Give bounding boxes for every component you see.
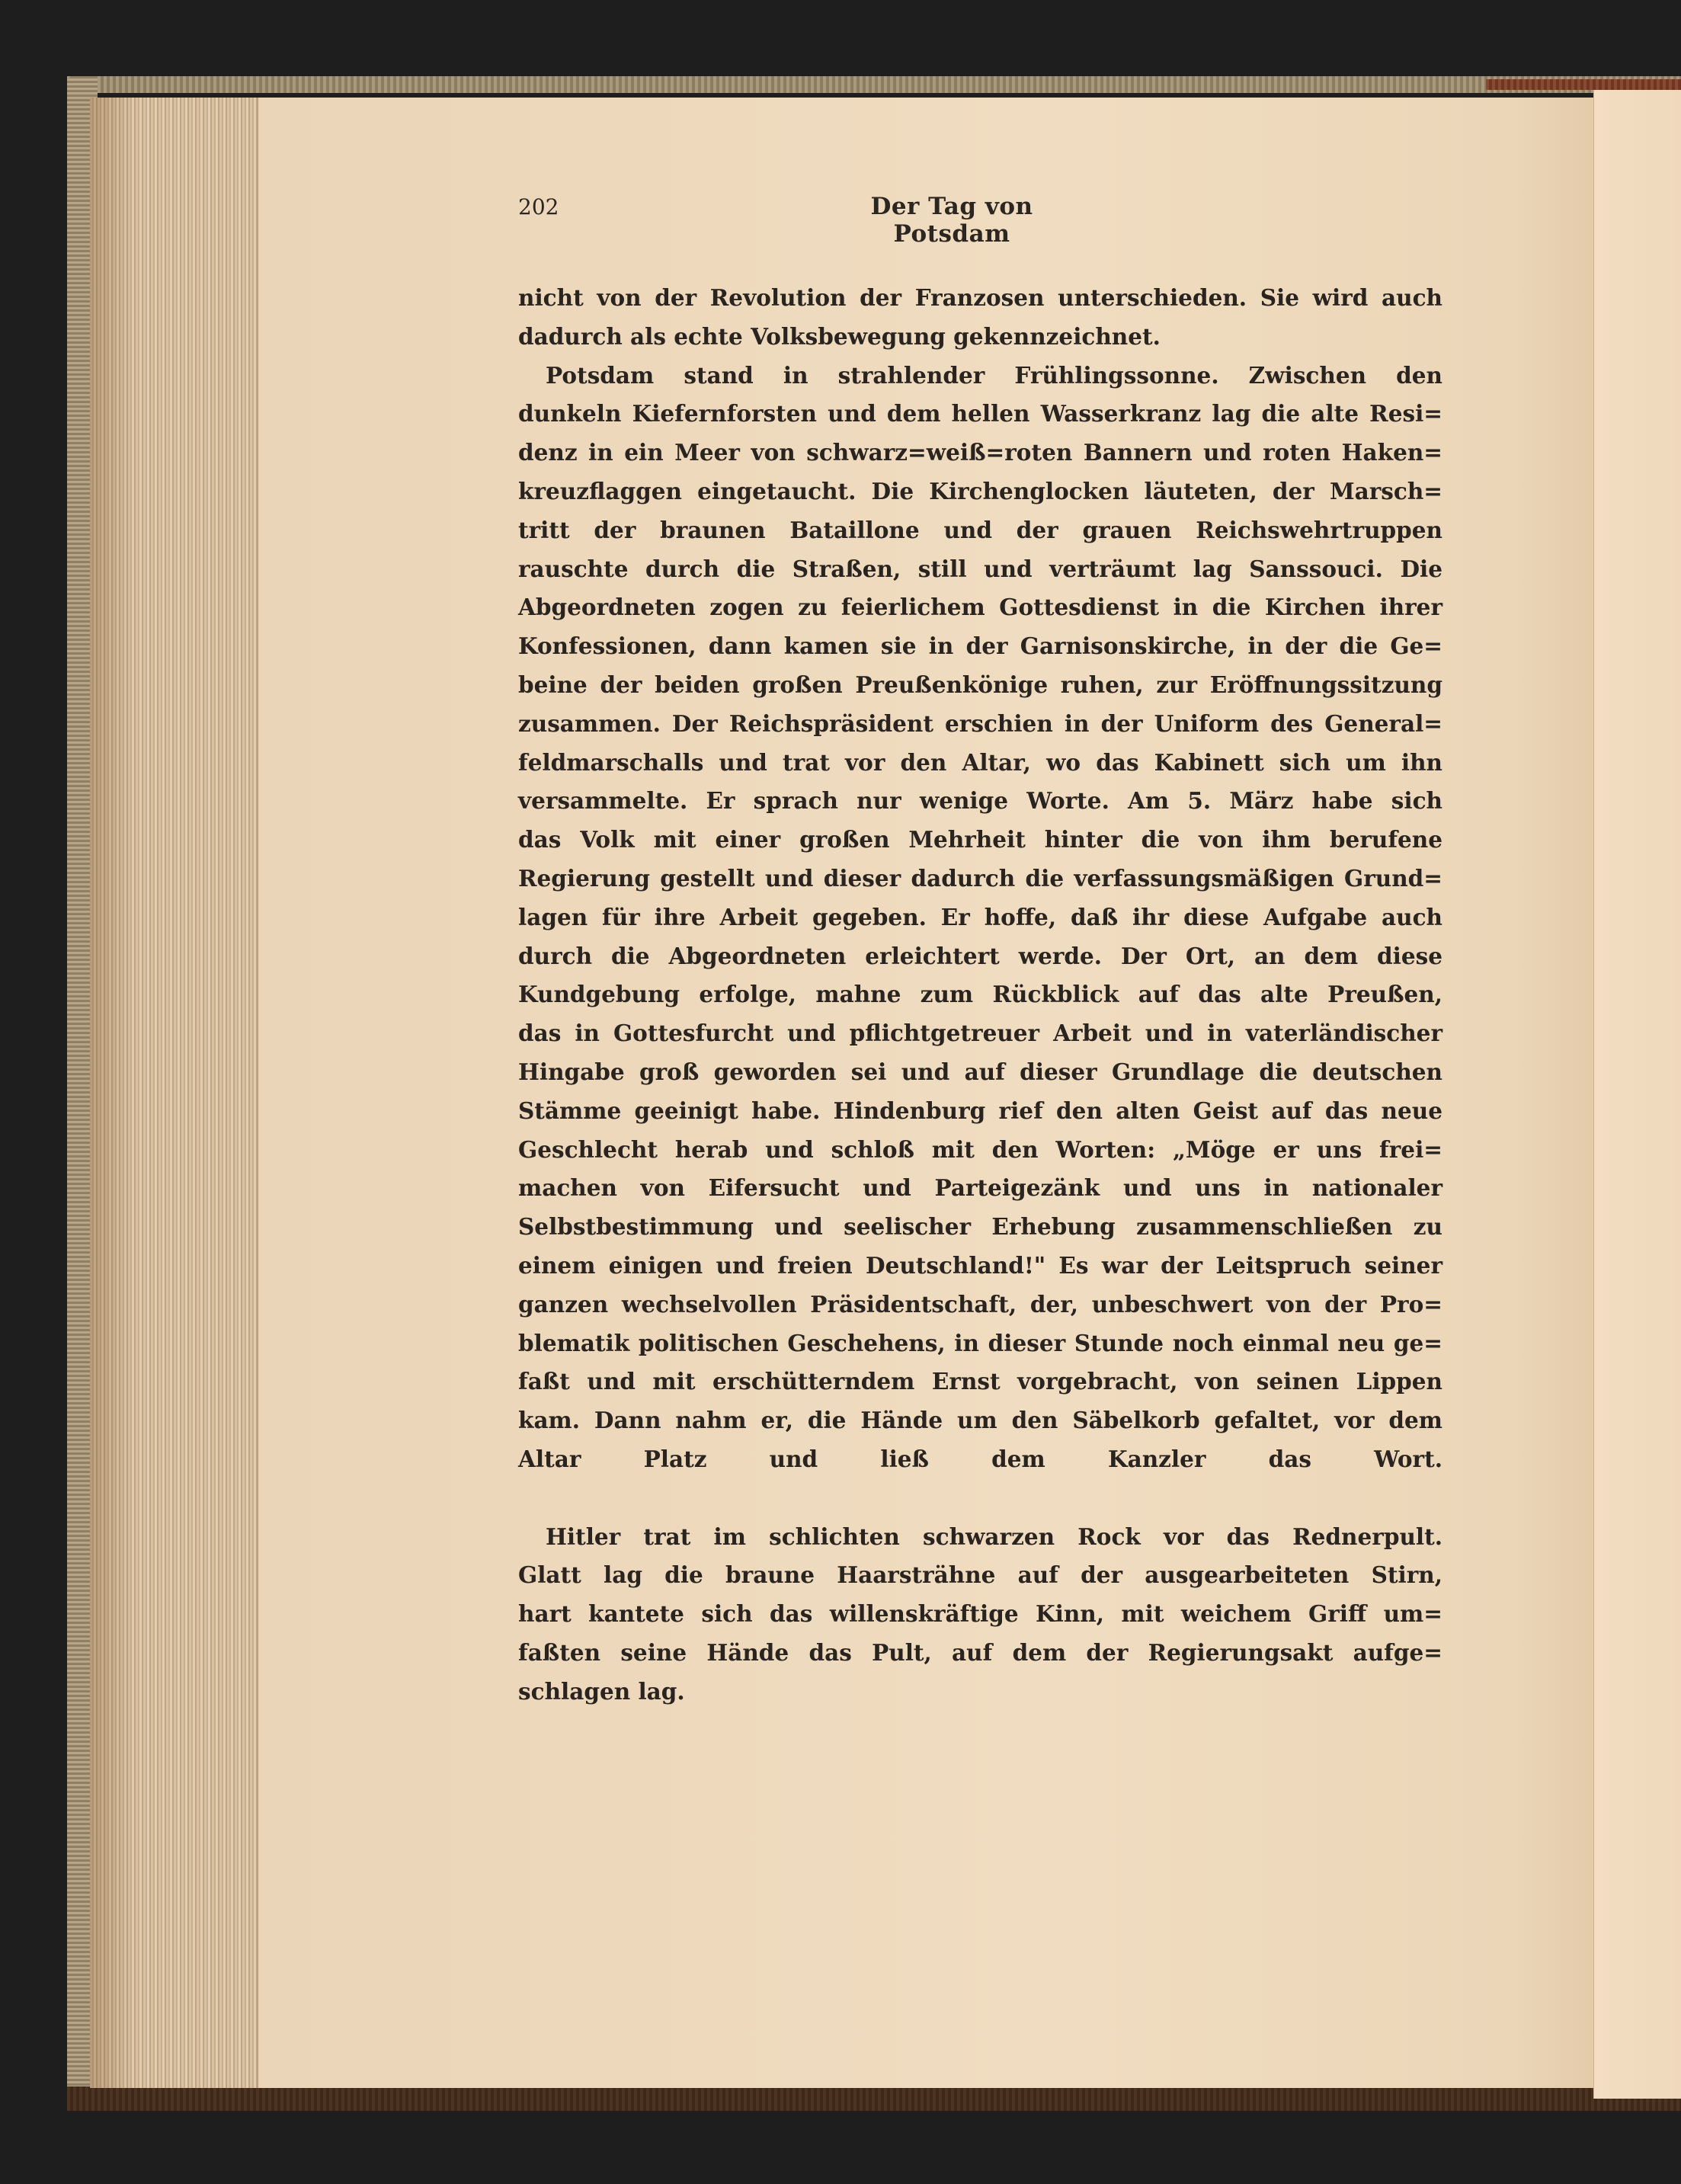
text-line: kam. Dann nahm er, die Hände um den Säbe… [518,1401,1442,1440]
text-line: ganzen wechselvollen Präsidentschaft, de… [518,1286,1442,1324]
text-line: einem einigen und freien Deutschland!" E… [518,1247,1442,1286]
page-stack-edges [90,98,259,2088]
page-number: 202 [518,194,559,219]
text-line: Hingabe groß geworden sei und auf dieser… [518,1053,1442,1092]
text-line: hart kantete sich das willenskräftige Ki… [518,1595,1442,1634]
text-line: lagen für ihre Arbeit gegeben. Er hoffe,… [518,898,1442,937]
text-line: faßten seine Hände das Pult, auf dem der… [518,1634,1442,1673]
text-line: dadurch als echte Volksbewegung gekennze… [518,318,1442,357]
text-line: machen von Eifersucht und Parteigezänk u… [518,1169,1442,1208]
paragraph-3: Hitler trat im schlichten schwarzen Rock… [518,1518,1442,1712]
text-line: Abgeordneten zogen zu feierlichem Gottes… [518,588,1442,627]
text-line: denz in ein Meer von schwarz=weiß=roten … [518,434,1442,472]
text-line: feldmarschalls und trat vor den Altar, w… [518,744,1442,783]
text-line: nicht von der Revolution der Franzosen u… [518,279,1442,318]
text-line: Geschlecht herab und schloß mit den Wort… [518,1131,1442,1170]
text-line: faßt und mit erschütterndem Ernst vorgeb… [518,1363,1442,1401]
facing-page [1593,90,1681,2099]
text-line: Altar Platz und ließ dem Kanzler das Wor… [518,1440,1442,1479]
running-title: Der Tag von Potsdam [823,193,1081,248]
paragraph-2: Potsdam stand in strahlender Frühlingsso… [518,357,1442,1518]
text-line: schlagen lag. [518,1673,1442,1712]
paragraph-1: nicht von der Revolution der Franzosen u… [518,279,1442,357]
text-line: kreuzflaggen eingetaucht. Die Kirchenglo… [518,472,1442,511]
text-line: rauschte durch die Straßen, still und ve… [518,550,1442,589]
text-line: Kundgebung erfolge, mahne zum Rückblick … [518,975,1442,1014]
book-headband [1486,79,1681,90]
book-cloth-bottom-edge [67,2086,1681,2111]
text-line: versammelte. Er sprach nur wenige Worte.… [518,782,1442,821]
book-cloth-top-edge [67,76,1681,93]
text-line: das Volk mit einer großen Mehrheit hinte… [518,821,1442,860]
text-line: Potsdam stand in strahlender Frühlingsso… [518,357,1442,395]
text-line: blematik politischen Geschehens, in dies… [518,1324,1442,1363]
text-line: dunkeln Kiefernforsten und dem hellen Wa… [518,395,1442,434]
text-line: Konfessionen, dann kamen sie in der Garn… [518,627,1442,666]
text-line: Stämme geeinigt habe. Hindenburg rief de… [518,1092,1442,1131]
text-line [518,1479,1442,1518]
text-line: Hitler trat im schlichten schwarzen Rock… [518,1518,1442,1557]
text-line: zusammen. Der Reichspräsident erschien i… [518,705,1442,744]
text-line: Glatt lag die braune Haarsträhne auf der… [518,1556,1442,1595]
text-line: Regierung gestellt und dieser dadurch di… [518,860,1442,898]
body-text: nicht von der Revolution der Franzosen u… [518,279,1442,1711]
text-line: durch die Abgeordneten erleichtert werde… [518,937,1442,976]
page-header: 202 Der Tag von Potsdam [518,194,1442,225]
text-line: tritt der braunen Bataillone und der gra… [518,511,1442,550]
text-line: beine der beiden großen Preußenkönige ru… [518,666,1442,705]
text-line: Selbstbestimmung und seelischer Erhebung… [518,1208,1442,1247]
text-line: das in Gottesfurcht und pflichtgetreuer … [518,1014,1442,1053]
